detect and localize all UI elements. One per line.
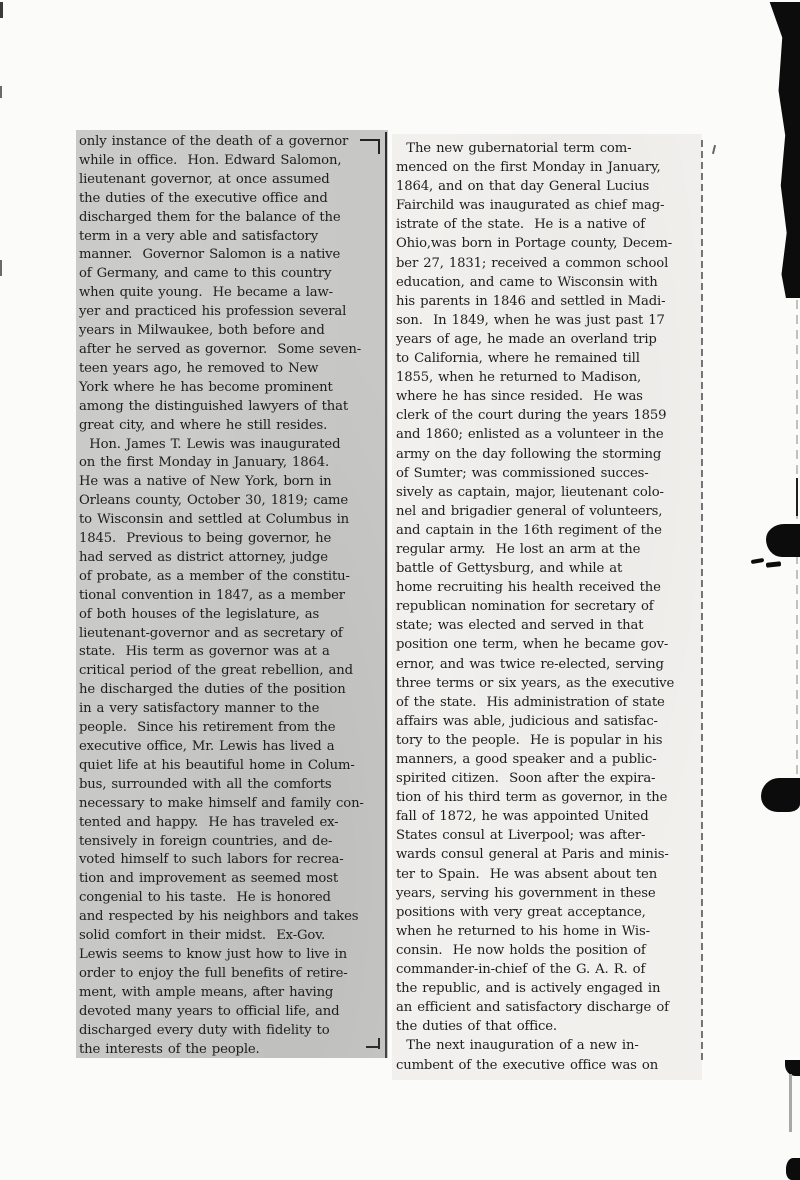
column-divider-rule: [385, 132, 387, 1058]
dust-speck-mark: [712, 145, 716, 154]
ink-blot-artifact: [785, 1060, 800, 1076]
scan-edge-mark: [0, 86, 2, 98]
column-right-border-rule: [701, 140, 703, 1060]
ink-dash-artifact: [766, 561, 781, 568]
corner-bracket-mark: [378, 1038, 380, 1049]
corner-bracket-mark: [378, 139, 380, 154]
right-column: The new gubernatorial term com- menced o…: [392, 134, 702, 1080]
ink-blot-artifact: [766, 524, 800, 557]
left-column: only instance of the death of a governor…: [76, 130, 388, 1058]
scan-edge-mark: [0, 2, 3, 18]
ink-dash-artifact: [751, 558, 764, 564]
article-paragraph: Hon. James T. Lewis was inaugurated on t…: [79, 436, 388, 1059]
ink-blot-artifact: [763, 2, 800, 298]
scan-edge-mark: [0, 260, 2, 276]
ink-blot-artifact: [786, 1158, 800, 1180]
corner-bracket-mark: [366, 1046, 378, 1048]
scan-streak-artifact: [789, 1074, 792, 1132]
ink-blot-artifact: [761, 778, 800, 812]
article-paragraph: The next inauguration of a new in- cumbe…: [396, 1036, 702, 1074]
article-paragraph: only instance of the death of a governor…: [79, 133, 388, 436]
scan-edge-mark: [796, 478, 798, 516]
corner-bracket-mark: [360, 139, 380, 141]
scanned-page: only instance of the death of a governor…: [0, 0, 800, 1180]
article-paragraph: The new gubernatorial term com- menced o…: [396, 139, 702, 1036]
